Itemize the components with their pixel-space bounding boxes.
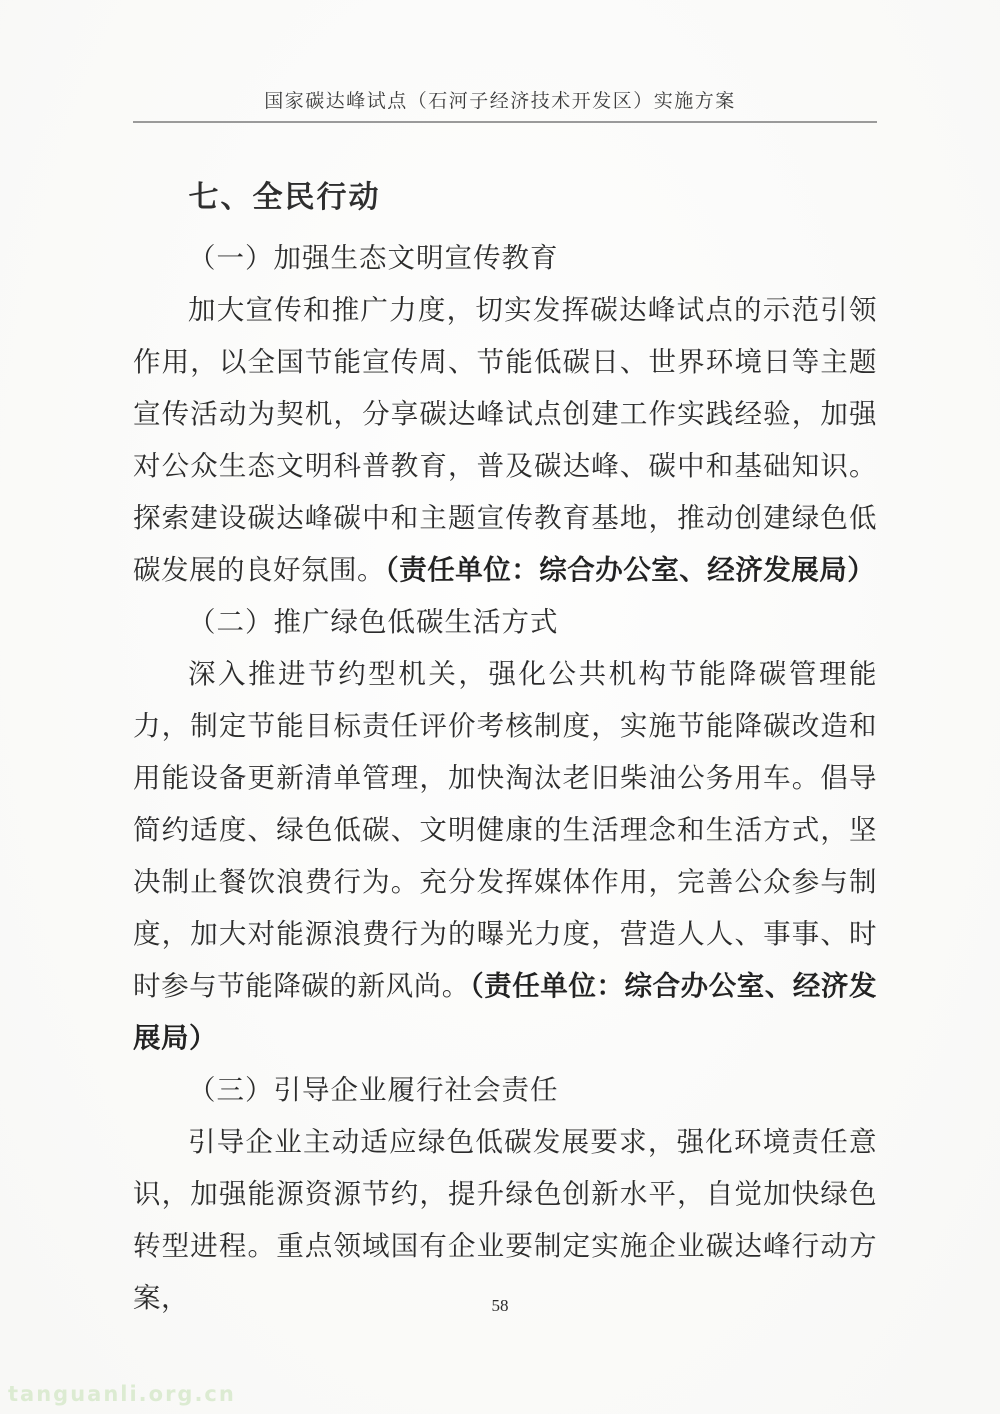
section-1-heading: （一）加强生态文明宣传教育 bbox=[133, 232, 877, 284]
page-number: 58 bbox=[0, 1296, 1000, 1316]
document-body: 七、全民行动 （一）加强生态文明宣传教育 加大宣传和推广力度，切实发挥碳达峰试点… bbox=[133, 170, 877, 1324]
chapter-title: 七、全民行动 bbox=[133, 170, 877, 226]
section-3-paragraph: 引导企业主动适应绿色低碳发展要求，强化环境责任意识，加强能源资源节约，提升绿色创… bbox=[133, 1116, 877, 1324]
document-header-title: 国家碳达峰试点（石河子经济技术开发区）实施方案 bbox=[0, 86, 1000, 113]
section-1-body-text: 加大宣传和推广力度，切实发挥碳达峰试点的示范引领作用，以全国节能宣传周、节能低碳… bbox=[133, 294, 877, 585]
section-2-body-text: 深入推进节约型机关，强化公共机构节能降碳管理能力，制定节能目标责任评价考核制度，… bbox=[133, 658, 877, 1001]
document-page: 国家碳达峰试点（石河子经济技术开发区）实施方案 七、全民行动 （一）加强生态文明… bbox=[0, 0, 1000, 1414]
section-3-body-text: 引导企业主动适应绿色低碳发展要求，强化环境责任意识，加强能源资源节约，提升绿色创… bbox=[133, 1126, 877, 1313]
section-1-responsibility-text: （责任单位：综合办公室、经济发展局） bbox=[385, 554, 875, 585]
section-1-paragraph: 加大宣传和推广力度，切实发挥碳达峰试点的示范引领作用，以全国节能宣传周、节能低碳… bbox=[133, 284, 877, 596]
header-divider-line bbox=[133, 121, 877, 123]
section-2-heading: （二）推广绿色低碳生活方式 bbox=[133, 596, 877, 648]
watermark-text: tanguanli.org.cn bbox=[8, 1382, 236, 1406]
section-2-paragraph: 深入推进节约型机关，强化公共机构节能降碳管理能力，制定节能目标责任评价考核制度，… bbox=[133, 648, 877, 1064]
section-3-heading: （三）引导企业履行社会责任 bbox=[133, 1064, 877, 1116]
